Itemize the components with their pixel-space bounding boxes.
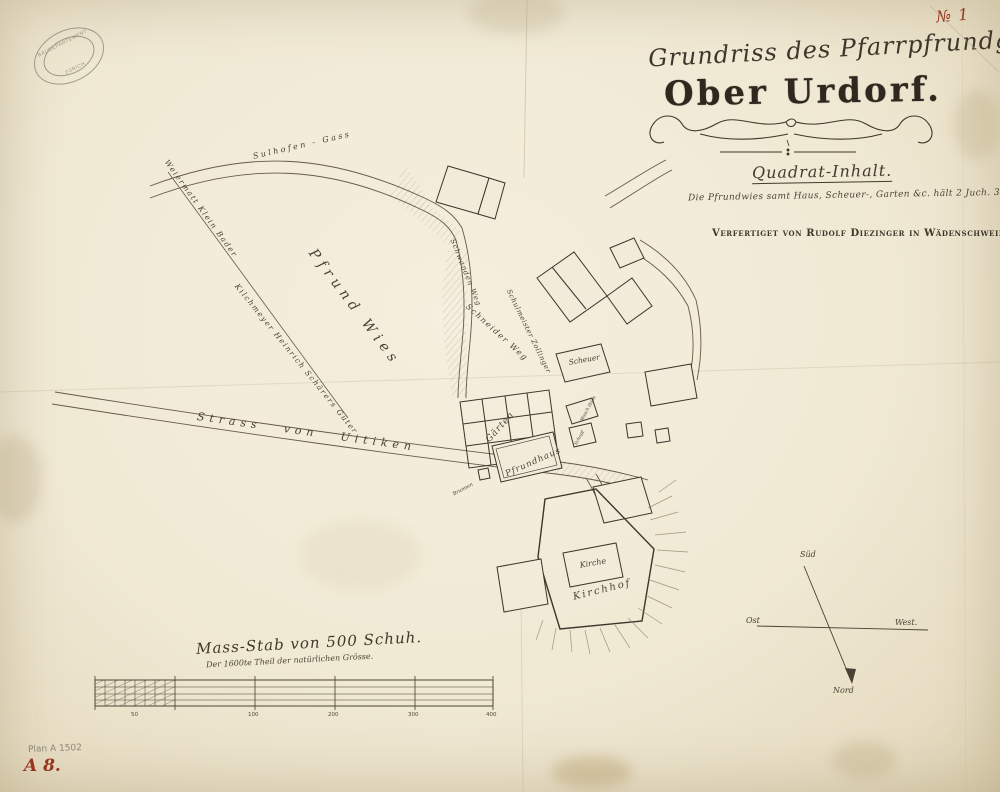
map-sheet: BAUDEPARTEMENT ZÜRICH № 1 Grundriss des … xyxy=(0,0,1000,792)
scale-tick: 400 xyxy=(486,712,497,718)
title-flourish xyxy=(650,116,932,155)
scale-tick: 50 xyxy=(131,712,138,718)
scale-tick: 300 xyxy=(408,712,419,718)
compass-label-north: Nord xyxy=(833,686,854,695)
compass-north-arrow xyxy=(845,668,856,684)
compass-label-west: West. xyxy=(895,618,917,627)
compass-label-east: Ost xyxy=(746,616,760,625)
scale-tick: 200 xyxy=(328,712,339,718)
buildings xyxy=(436,166,697,629)
map-linework xyxy=(0,0,1000,792)
scale-bar xyxy=(95,676,493,710)
scale-tick: 100 xyxy=(248,712,259,718)
compass-label-south: Süd xyxy=(800,550,816,559)
